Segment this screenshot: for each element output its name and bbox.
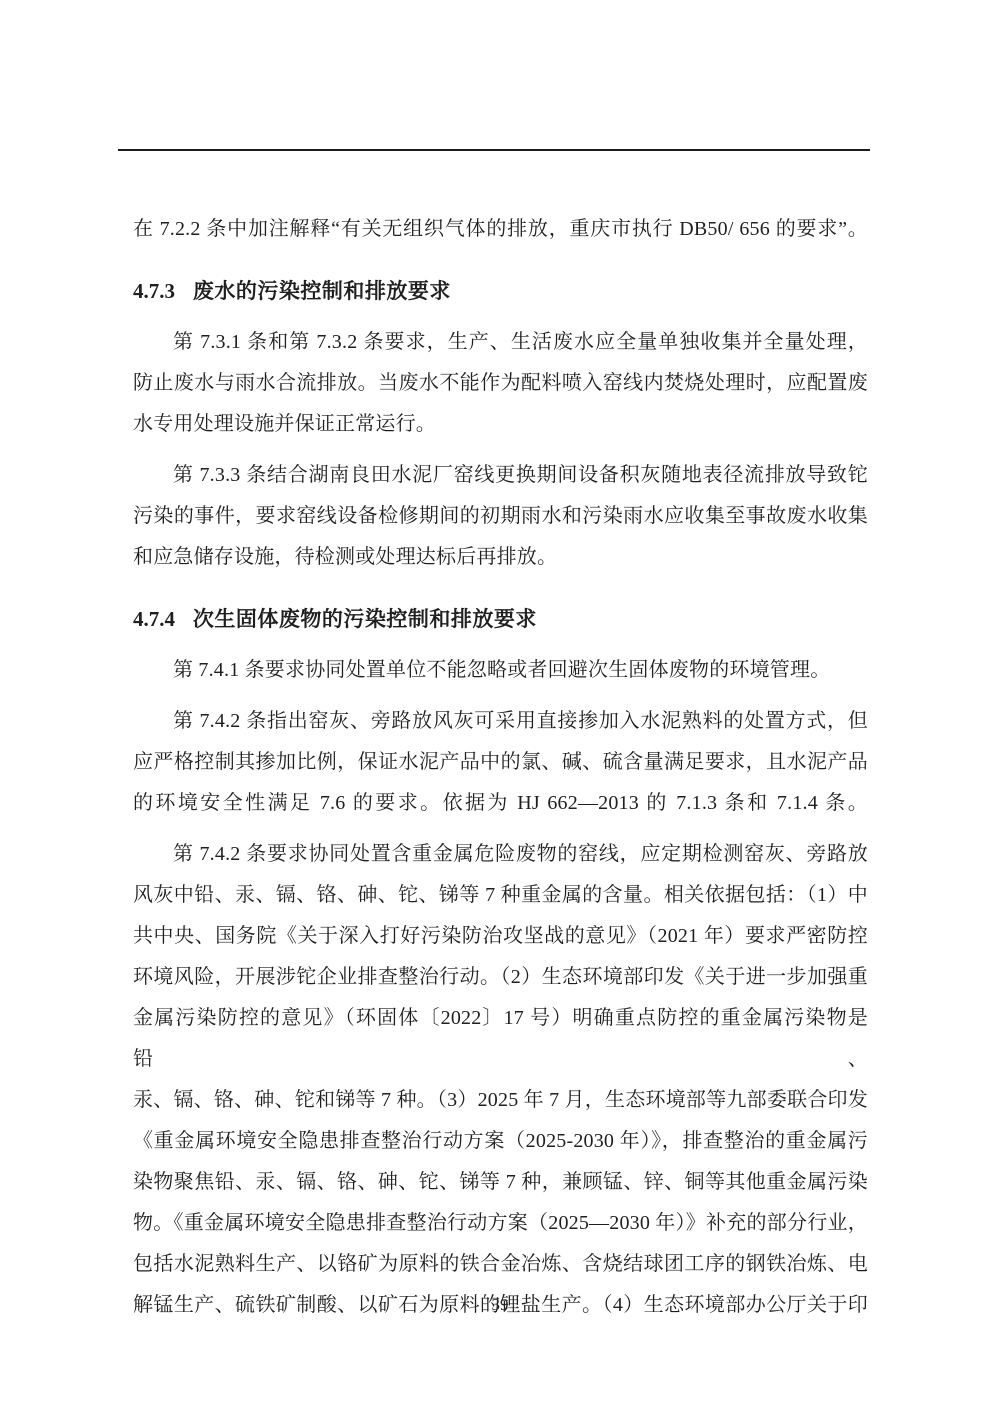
heading-number: 4.7.3 (133, 279, 175, 303)
text-line: 第 7.3.1 条和第 7.3.2 条要求，生产、生活废水应全量单独收集并全量处… (133, 322, 868, 363)
text-line: 物。《重金属环境安全隐患排查整治行动方案（2025—2030 年）》补充的部分行… (133, 1203, 868, 1244)
header-rule (118, 149, 870, 151)
text-line: 环境风险，开展涉铊企业排查整治行动。（2）生态环境部印发《关于进一步加强重 (133, 957, 868, 998)
text-line: 第 7.4.1 条要求协同处置单位不能忽略或者回避次生固体废物的环境管理。 (133, 650, 868, 691)
paragraph: 在 7.2.2 条中加注解释“有关无组织气体的排放，重庆市执行 DB50/ 65… (133, 209, 868, 250)
text-line: 水专用处理设施并保证正常运行。 (133, 404, 868, 445)
page-number: 39 (0, 1288, 1000, 1322)
paragraph: 第 7.3.1 条和第 7.3.2 条要求，生产、生活废水应全量单独收集并全量处… (133, 322, 868, 445)
paragraph: 第 7.3.3 条结合湖南良田水泥厂窑线更换期间设备积灰随地表径流排放导致铊污染… (133, 455, 868, 578)
text-line: 的环境安全性满足 7.6 的要求。依据为 HJ 662—2013 的 7.1.3… (133, 783, 868, 824)
document-content: 在 7.2.2 条中加注解释“有关无组织气体的排放，重庆市执行 DB50/ 65… (133, 209, 868, 1326)
section-heading: 4.7.3废水的污染控制和排放要求 (133, 271, 868, 312)
text-line: 防止废水与雨水合流排放。当废水不能作为配料喷入窑线内焚烧处理时，应配置废 (133, 363, 868, 404)
text-line: 包括水泥熟料生产、以铬矿为原料的铁合金冶炼、含烧结球团工序的钢铁冶炼、电 (133, 1244, 868, 1285)
text-line: 应严格控制其掺加比例，保证水泥产品中的氯、碱、硫含量满足要求，且水泥产品 (133, 742, 868, 783)
text-line: 和应急储存设施，待检测或处理达标后再排放。 (133, 537, 868, 578)
text-line: 金属污染防控的意见》（环固体〔2022〕17 号）明确重点防控的重金属污染物是铅… (133, 998, 868, 1080)
text-line: 汞、镉、铬、砷、铊和锑等 7 种。（3）2025 年 7 月，生态环境部等九部委… (133, 1080, 868, 1121)
document-page: 在 7.2.2 条中加注解释“有关无组织气体的排放，重庆市执行 DB50/ 65… (0, 0, 1000, 1414)
paragraph: 第 7.4.2 条要求协同处置含重金属危险废物的窑线，应定期检测窑灰、旁路放风灰… (133, 834, 868, 1326)
text-line: 共中央、国务院《关于深入打好污染防治攻坚战的意见》（2021 年）要求严密防控 (133, 916, 868, 957)
text-line: 第 7.3.3 条结合湖南良田水泥厂窑线更换期间设备积灰随地表径流排放导致铊 (133, 455, 868, 496)
text-line: 《重金属环境安全隐患排查整治行动方案（2025-2030 年）》，排查整治的重金… (133, 1121, 868, 1162)
heading-number: 4.7.4 (133, 607, 175, 631)
text-line: 污染的事件，要求窑线设备检修期间的初期雨水和污染雨水应收集至事故废水收集 (133, 496, 868, 537)
text-line: 在 7.2.2 条中加注解释“有关无组织气体的排放，重庆市执行 DB50/ 65… (133, 209, 868, 250)
section-heading: 4.7.4次生固体废物的污染控制和排放要求 (133, 599, 868, 640)
text-line: 染物聚焦铅、汞、镉、铬、砷、铊、锑等 7 种，兼顾锰、锌、铜等其他重金属污染 (133, 1162, 868, 1203)
text-line: 第 7.4.2 条指出窑灰、旁路放风灰可采用直接掺加入水泥熟料的处置方式，但 (133, 701, 868, 742)
paragraph: 第 7.4.1 条要求协同处置单位不能忽略或者回避次生固体废物的环境管理。 (133, 650, 868, 691)
text-line: 第 7.4.2 条要求协同处置含重金属危险废物的窑线，应定期检测窑灰、旁路放 (133, 834, 868, 875)
text-line: 风灰中铅、汞、镉、铬、砷、铊、锑等 7 种重金属的含量。相关依据包括：（1）中 (133, 875, 868, 916)
heading-title: 次生固体废物的污染控制和排放要求 (193, 608, 537, 631)
heading-title: 废水的污染控制和排放要求 (193, 280, 451, 303)
paragraph: 第 7.4.2 条指出窑灰、旁路放风灰可采用直接掺加入水泥熟料的处置方式，但应严… (133, 701, 868, 824)
